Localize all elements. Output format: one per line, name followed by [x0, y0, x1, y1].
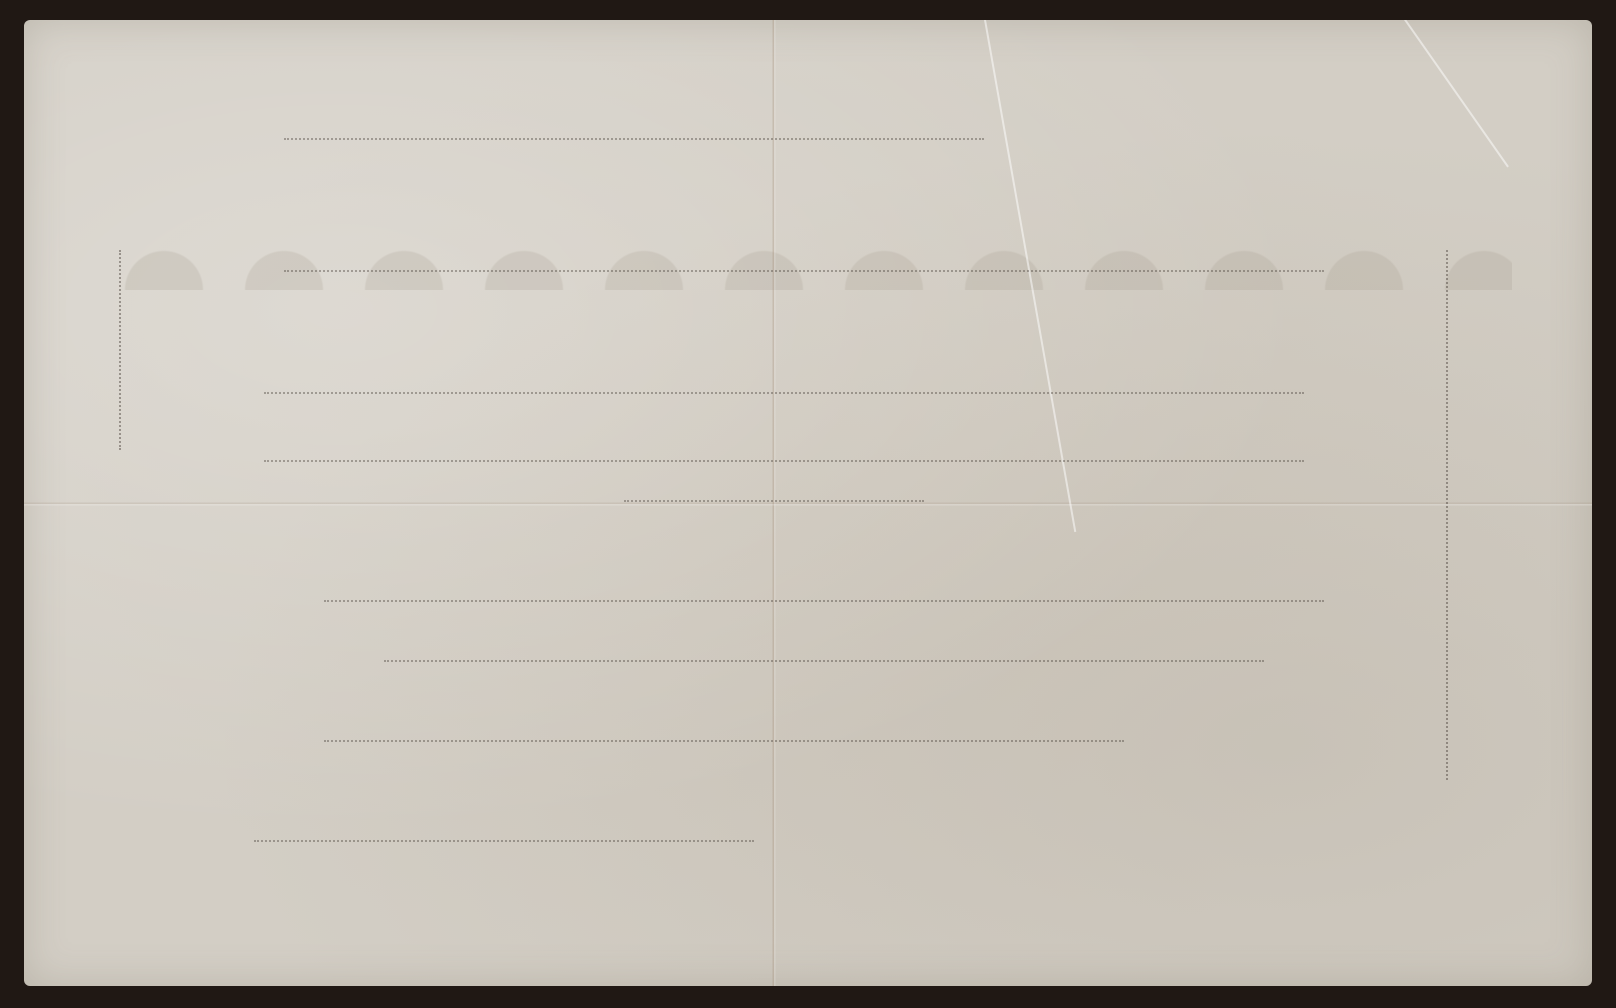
ghost-line-title-top: [264, 392, 1304, 394]
corner-crease: [1404, 20, 1509, 167]
ghost-border-left: [119, 250, 121, 450]
ghost-line-body-1: [324, 600, 1324, 602]
horizontal-fold: [24, 502, 1592, 506]
ghost-line-body-3: [324, 740, 1124, 742]
banknote-reverse: [24, 20, 1592, 986]
ghost-line-upper: [284, 270, 1324, 272]
ghost-line-title-bottom: [264, 460, 1304, 462]
scallop-border-ghost: [104, 230, 1512, 290]
ghost-border-right: [1446, 250, 1448, 780]
ghost-line-sub: [624, 500, 924, 502]
ghost-line-signature: [254, 840, 754, 842]
ghost-line-top: [284, 138, 984, 140]
ghost-line-body-2: [384, 660, 1264, 662]
